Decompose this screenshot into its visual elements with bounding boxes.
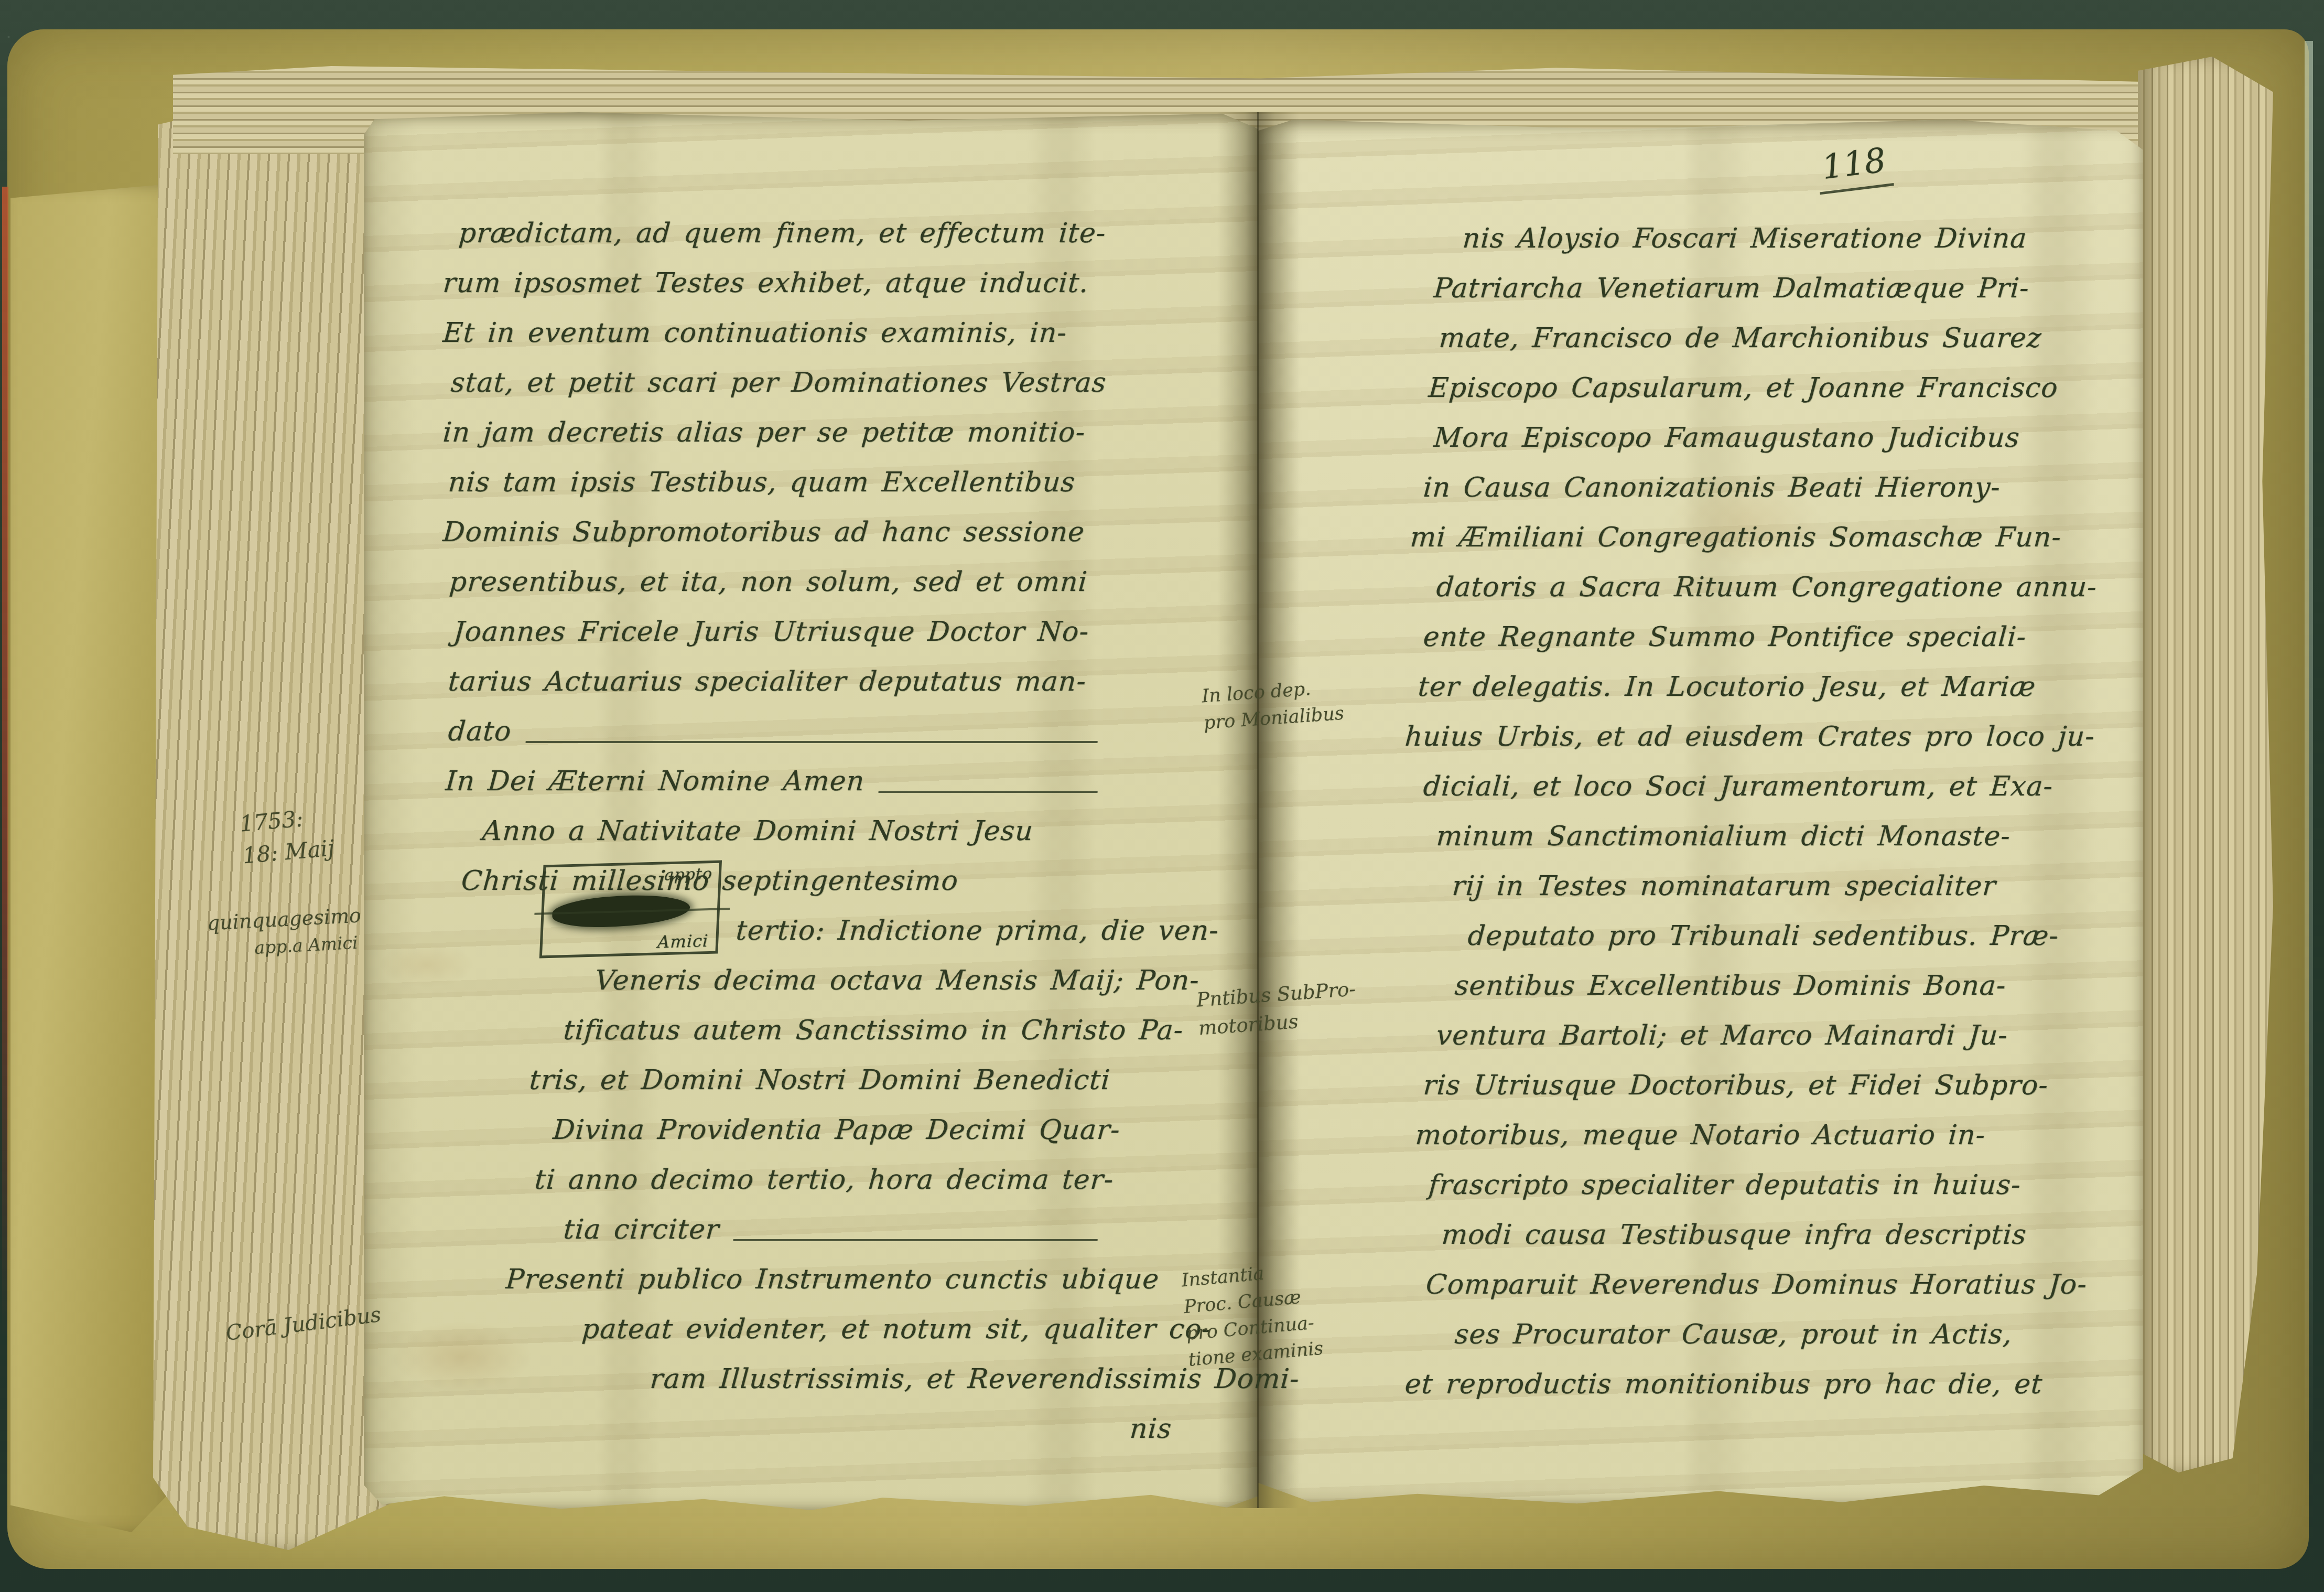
text-line: dato [447,707,513,757]
text-line: Et in eventum continuationis examinis, i… [441,308,1231,358]
margin-note-instantia: Instantia Proc. Causæ pro Continua- tion… [1181,1256,1325,1374]
text-line: tertio: Indictione prima, die ven- [734,906,1220,956]
text-line: ventura Bartoli; et Marco Mainardi Ju- [1403,1011,2147,1061]
text-line: nis Aloysio Foscari Miseratione Divina [1403,214,2147,264]
text-line: rum ipsosmet Testes exhibet, atque induc… [441,259,1231,308]
text-line: tarius Actuarius specialiter deputatus m… [441,657,1231,707]
text-line: Anno a Nativitate Domini Nostri Jesu [441,806,1231,856]
correction-word-top: appto [664,865,713,884]
text-line: ter delegatis. In Locutorio Jesu, et Mar… [1403,662,2147,712]
text-line: in jam decretis alias per se petitæ moni… [441,408,1231,458]
text-line: tia circiter [562,1205,721,1255]
text-line: ram Illustrissimis, et Reverendissimis D… [441,1354,1231,1404]
text-line-with-rule: In Dei Æterni Nomine Amen [441,757,1231,806]
text-line: ris Utriusque Doctoribus, et Fidei Subpr… [1403,1061,2147,1111]
text-line: motoribus, meque Notario Actuario in- [1403,1111,2147,1160]
text-line: et reproductis monitionibus pro hac die,… [1403,1360,2147,1410]
text-line-with-rule: dato [441,707,1231,757]
text-line: prædictam, ad quem finem, et effectum it… [441,209,1231,259]
text-line: In Dei Æterni Nomine Amen [444,757,867,806]
text-line: mi Æmiliani Congregationis Somaschæ Fun- [1403,513,2147,563]
ruled-flourish-line [525,741,1098,743]
text-line: Divina Providentia Papæ Decimi Quar- [441,1105,1231,1155]
text-line: tris, et Domini Nostri Domini Benedicti [441,1056,1231,1105]
text-line: nis [441,1404,1231,1454]
cover-edge-accent [2,187,8,1340]
margin-note-insertion: quinquagesimo app.a Amici [207,901,363,963]
text-line: rij in Testes nominatarum specialiter [1403,862,2147,911]
text-line: modi causa Testibusque infra descriptis [1403,1210,2147,1260]
text-line: minum Sanctimonialium dicti Monaste- [1403,812,2147,862]
manuscript-photo: 118 prædictam, ad quem finem, et effectu… [0,0,2324,1592]
left-page-text: prædictam, ad quem finem, et effectum it… [443,209,1229,1454]
text-line: tificatus autem Sanctissimo in Christo P… [441,1006,1231,1056]
text-line: nis tam ipsis Testibus, quam Excellentib… [441,458,1231,508]
text-line: Dominis Subpromotoribus ad hanc sessione [441,508,1231,557]
text-line: datoris a Sacra Rituum Congregatione ann… [1403,563,2147,612]
margin-note-locus: In loco dep. pro Monialibus [1201,674,1345,737]
text-line: Presenti publico Instrumento cunctis ubi… [441,1255,1231,1305]
glass-glare [2305,41,2313,1467]
text-line: frascripto specialiter deputatis in huiu… [1403,1160,2147,1210]
text-line: ente Regnante Summo Pontifice speciali- [1403,612,2147,662]
text-line: in Causa Canonizationis Beati Hierony- [1403,463,2147,513]
margin-note-date: 1753: 18: Maij [239,801,336,873]
text-line: huius Urbis, et ad eiusdem Crates pro lo… [1403,712,2147,762]
correction-word-bottom: Amici [657,931,709,952]
text-line: deputato pro Tribunali sedentibus. Præ- [1403,911,2147,961]
text-line: stat, et petit scari per Dominationes Ve… [441,358,1231,408]
correction-box: appto Amici [539,860,722,959]
text-line: diciali, et loco Soci Juramentorum, et E… [1403,762,2147,812]
text-line-with-correction: appto Amici tertio: Indictione prima, di… [441,906,1231,956]
text-line: Episcopo Capsularum, et Joanne Francisco [1403,363,2147,413]
text-line: sentibus Excellentibus Dominis Bona- [1403,961,2147,1011]
text-line: ses Procurator Causæ, prout in Actis, [1403,1310,2147,1360]
text-line-with-rule: tia circiter [441,1205,1231,1255]
right-page-text: nis Aloysio Foscari Miseratione Divina P… [1405,214,2145,1410]
ruled-flourish-line [879,791,1098,793]
text-line: ti anno decimo tertio, hora decima ter- [441,1155,1231,1205]
text-line: presentibus, et ita, non solum, sed et o… [441,557,1231,607]
right-page-stack-edges [2138,57,2273,1472]
text-line: Joannes Fricele Juris Utriusque Doctor N… [441,607,1231,657]
folio-number: 118 [1814,141,1894,195]
text-line: pateat evidenter, et notum sit, qualiter… [441,1305,1231,1354]
text-line: Veneris decima octava Mensis Maij; Pon- [441,956,1231,1006]
ruled-flourish-line [733,1239,1097,1241]
text-line: mate, Francisco de Marchionibus Suarez [1403,314,2147,363]
margin-note-presentibus: Pntibus SubPro- motoribus [1196,975,1359,1042]
text-line: Mora Episcopo Famaugustano Judicibus [1403,413,2147,463]
text-line: Patriarcha Venetiarum Dalmatiæque Pri- [1403,264,2147,314]
text-line: Comparuit Reverendus Dominus Horatius Jo… [1403,1260,2147,1310]
